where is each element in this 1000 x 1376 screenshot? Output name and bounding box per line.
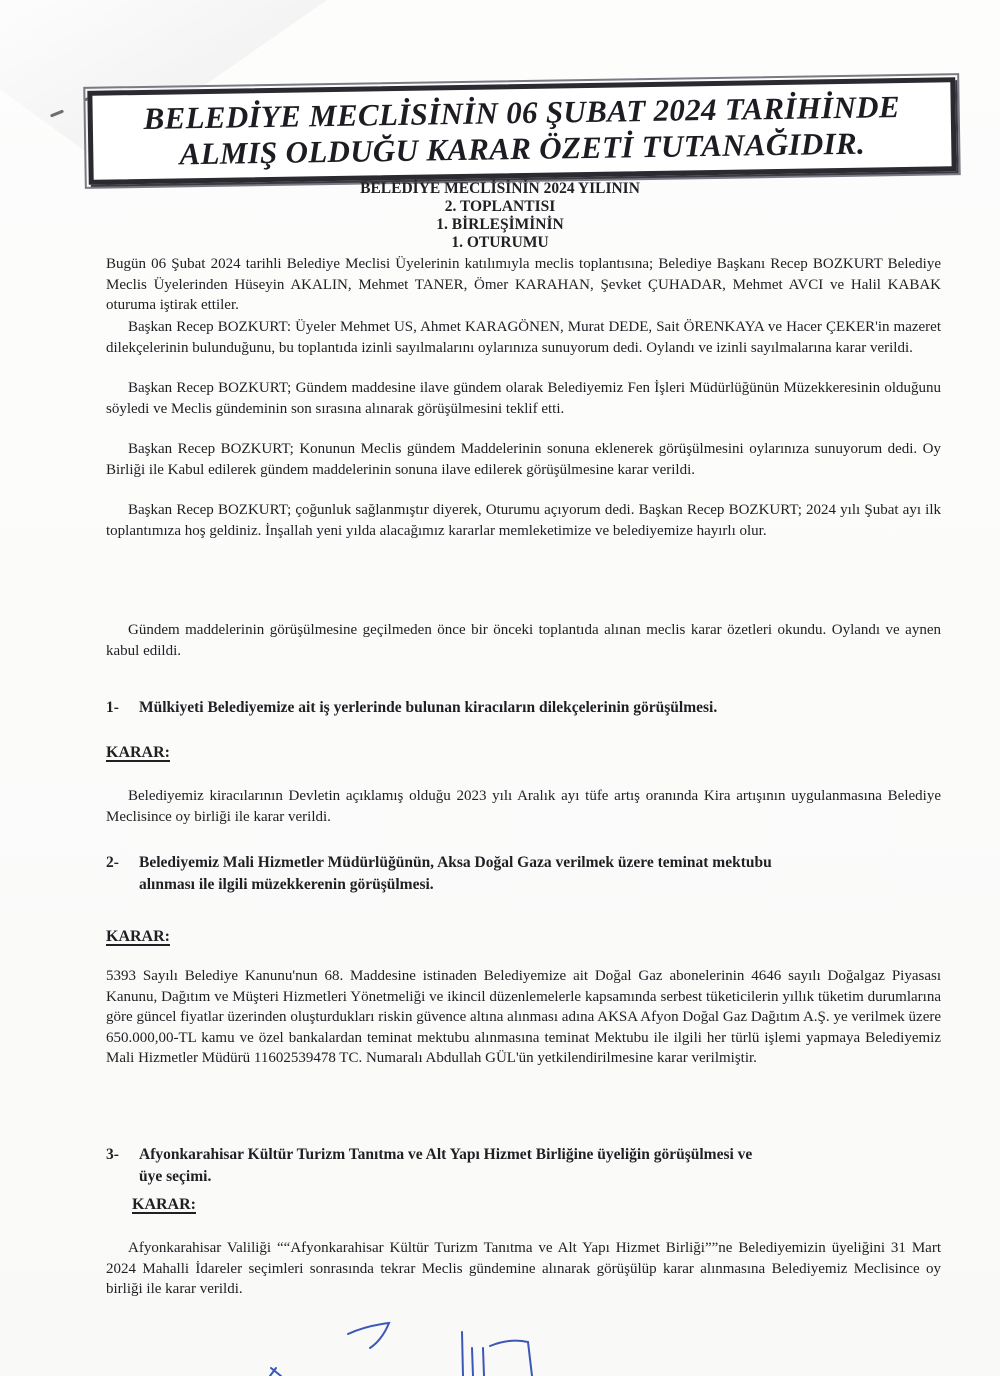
- agenda-item-title: Belediyemiz Mali Hizmetler Müdürlüğünün,…: [139, 854, 772, 871]
- handwritten-signature-icon: [462, 1332, 532, 1376]
- agenda-item-number: 3-: [106, 1144, 139, 1166]
- opening-paragraph: Başkan Recep BOZKURT; çoğunluk sağlanmış…: [106, 500, 941, 541]
- document-title-box: BELEDİYE MECLİSİNİN 06 ŞUBAT 2024 TARİHİ…: [87, 77, 956, 185]
- signature-marks: [150, 1318, 670, 1376]
- session-header-line: BELEDİYE MECLİSİNİN 2024 YILININ: [0, 180, 1000, 198]
- decision-label: KARAR:: [106, 928, 170, 946]
- session-header-line: 2. TOPLANTISI: [0, 198, 1000, 216]
- handwritten-signature-icon: [348, 1323, 389, 1348]
- agenda-item-number: 1-: [106, 697, 139, 719]
- agenda-item-2: 2-Belediyemiz Mali Hizmetler Müdürlüğünü…: [106, 852, 946, 896]
- agenda-item-1: 1-Mülkiyeti Belediyemize ait iş yerlerin…: [106, 697, 946, 719]
- agenda-item-title: Mülkiyeti Belediyemize ait iş yerlerinde…: [139, 699, 717, 716]
- opening-paragraph: Başkan Recep BOZKURT; Konunun Meclis gün…: [106, 439, 941, 480]
- opening-paragraph: Bugün 06 Şubat 2024 tarihli Belediye Mec…: [106, 254, 941, 316]
- decision-label: KARAR:: [132, 1196, 196, 1214]
- session-header-line: 1. OTURUMU: [0, 234, 1000, 252]
- session-header-line: 1. BİRLEŞİMİNİN: [0, 216, 1000, 234]
- agenda-item-title-cont: üye seçimi.: [106, 1166, 946, 1188]
- opening-paragraph: Başkan Recep BOZKURT; Gündem maddesine i…: [106, 378, 941, 419]
- handwritten-initial-icon: [270, 1368, 281, 1376]
- document-page: BELEDİYE MECLİSİNİN 06 ŞUBAT 2024 TARİHİ…: [0, 0, 1000, 1376]
- agenda-item-number: 2-: [106, 852, 139, 874]
- decision-text: 5393 Sayılı Belediye Kanunu'nun 68. Madd…: [106, 966, 941, 1069]
- decision-label: KARAR:: [106, 744, 170, 762]
- opening-paragraph: Gündem maddelerinin görüşülmesine geçilm…: [106, 620, 941, 661]
- agenda-item-title: Afyonkarahisar Kültür Turizm Tanıtma ve …: [139, 1146, 752, 1163]
- opening-paragraph: Başkan Recep BOZKURT: Üyeler Mehmet US, …: [106, 317, 941, 358]
- agenda-item-title-cont: alınması ile ilgili müzekkerenin görüşül…: [106, 874, 946, 896]
- agenda-item-3: 3-Afyonkarahisar Kültür Turizm Tanıtma v…: [106, 1144, 946, 1188]
- decision-text: Belediyemiz kiracılarının Devletin açıkl…: [106, 786, 941, 827]
- decision-text: Afyonkarahisar Valiliği ““Afyonkarahisar…: [106, 1238, 941, 1300]
